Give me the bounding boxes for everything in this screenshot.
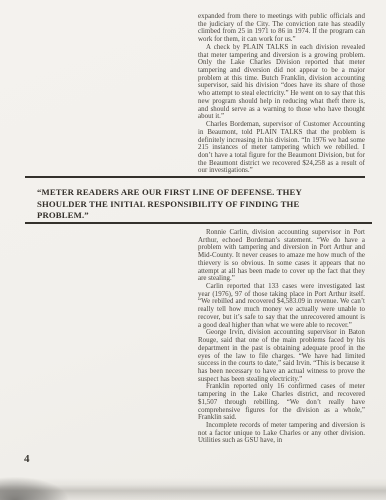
scan-shadow-band: [0, 478, 386, 500]
pull-quote-divider-bottom: [25, 222, 372, 224]
article-column-upper: expanded from there to meetings with pub…: [198, 13, 365, 175]
scanned-page: expanded from there to meetings with pub…: [0, 0, 386, 500]
paragraph: expanded from there to meetings with pub…: [198, 13, 365, 44]
article-column-lower: Ronnie Carlin, division accounting super…: [198, 229, 365, 445]
paragraph: Charles Bordeman, supervisor of Customer…: [198, 121, 365, 175]
paragraph: A check by PLAIN TALKS in each division …: [198, 44, 365, 121]
paragraph: Incomplete records of meter tampering an…: [198, 422, 365, 445]
paragraph: Franklin reported only 16 confirmed case…: [198, 383, 365, 422]
scan-corner-smudge: [0, 477, 68, 500]
paragraph: Carlin reported that 133 cases were inve…: [198, 283, 365, 329]
page-number: 4: [24, 453, 30, 465]
paragraph: George Irvin, division accounting superv…: [198, 329, 365, 383]
pull-quote-divider-top: [25, 176, 365, 178]
paragraph: Ronnie Carlin, division accounting super…: [198, 229, 365, 283]
pull-quote: “METER READERS ARE OUR FIRST LINE OF DEF…: [37, 187, 353, 222]
